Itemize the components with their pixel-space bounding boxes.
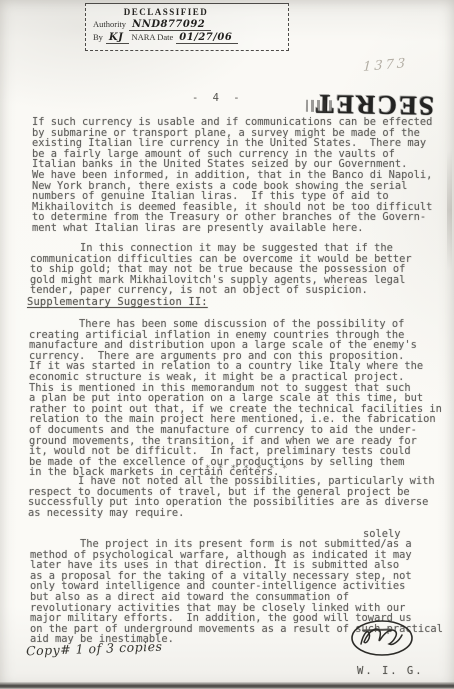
by-label: By [93, 32, 103, 42]
paragraph-gold-shipping: In this connection it may be suggested t… [30, 243, 412, 296]
stamp-smudge [306, 100, 332, 112]
asterisk-divider: * * * * * * * [205, 464, 288, 474]
section-heading: Supplementary Suggestion II: [27, 296, 208, 308]
typed-initials: W. I. G. [357, 665, 424, 677]
scan-smudge [447, 150, 452, 270]
date-value: 01/27/06 [176, 32, 238, 44]
nara-date-label: NARA Date [131, 32, 173, 42]
declassified-stamp: DECLASSIFIED AuthorityNND877092 ByKJ NAR… [85, 3, 289, 51]
scan-edge [0, 682, 454, 689]
signature-icon [349, 617, 415, 659]
paragraph-currency-survey: If such currency is usable and if commun… [32, 117, 432, 234]
authority-value: NND877092 [129, 19, 211, 31]
authority-label: Authority [93, 19, 126, 29]
paragraph-artificial-inflation: There has been some discussion of the po… [29, 319, 442, 478]
declassified-title: DECLASSIFIED [86, 7, 246, 17]
by-value: KJ [106, 32, 129, 44]
handwritten-page-id: 1373 [363, 56, 409, 75]
document-page: DECLASSIFIED AuthorityNND877092 ByKJ NAR… [0, 0, 454, 689]
paragraph-possibilities: I have not noted all the possibilities, … [28, 476, 435, 518]
nara-row: ByKJ NARA Date01/27/06 [86, 32, 288, 43]
page-number: - 4 - [192, 92, 244, 104]
authority-row: AuthorityNND877092 [86, 19, 288, 30]
